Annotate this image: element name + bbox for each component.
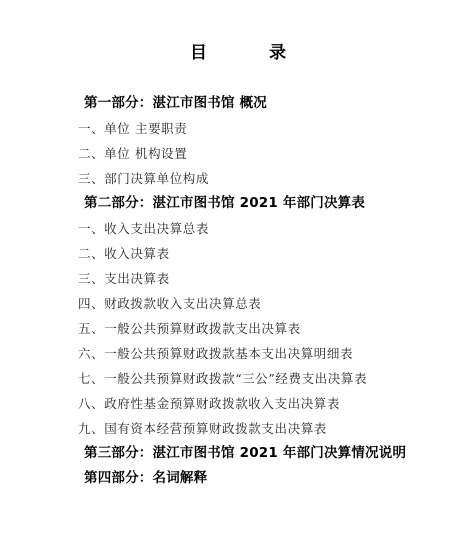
toc-item: 九、国有资本经营预算财政拨款支出决算表 — [78, 416, 327, 441]
toc-title: 目 录 — [0, 40, 456, 66]
toc-item: 八、政府性基金预算财政拨款收入支出决算表 — [78, 391, 340, 416]
toc-item: 六、一般公共预算财政拨款基本支出决算明细表 — [78, 341, 353, 366]
toc-item: 一、收入支出决算总表 — [78, 216, 209, 241]
toc-title-right: 录 — [269, 40, 286, 66]
toc-item: 三、支出决算表 — [78, 266, 170, 291]
toc-part-3-heading: 第三部分：湛江市图书馆 2021 年部门决算情况说明 — [84, 441, 406, 466]
toc-item: 五、一般公共预算财政拨款支出决算表 — [78, 316, 301, 341]
toc-item: 四、财政拨款收入支出决算总表 — [78, 291, 261, 316]
toc-title-left: 目 — [190, 40, 207, 66]
toc-part-2-heading: 第二部分：湛江市图书馆 2021 年部门决算表 — [84, 191, 365, 216]
toc-item: 七、一般公共预算财政拨款“三公”经费支出决算表 — [78, 366, 367, 391]
toc-item: 一、单位 主要职责 — [78, 116, 187, 141]
document-page: 目 录 第一部分：湛江市图书馆 概况 一、单位 主要职责 二、单位 机构设置 三… — [0, 0, 456, 545]
toc-item: 二、收入决算表 — [78, 241, 170, 266]
toc-item: 三、部门决算单位构成 — [78, 166, 209, 191]
toc-part-4-heading: 第四部分：名词解释 — [84, 466, 207, 491]
toc-part-1-heading: 第一部分：湛江市图书馆 概况 — [84, 91, 267, 116]
toc-item: 二、单位 机构设置 — [78, 141, 187, 166]
